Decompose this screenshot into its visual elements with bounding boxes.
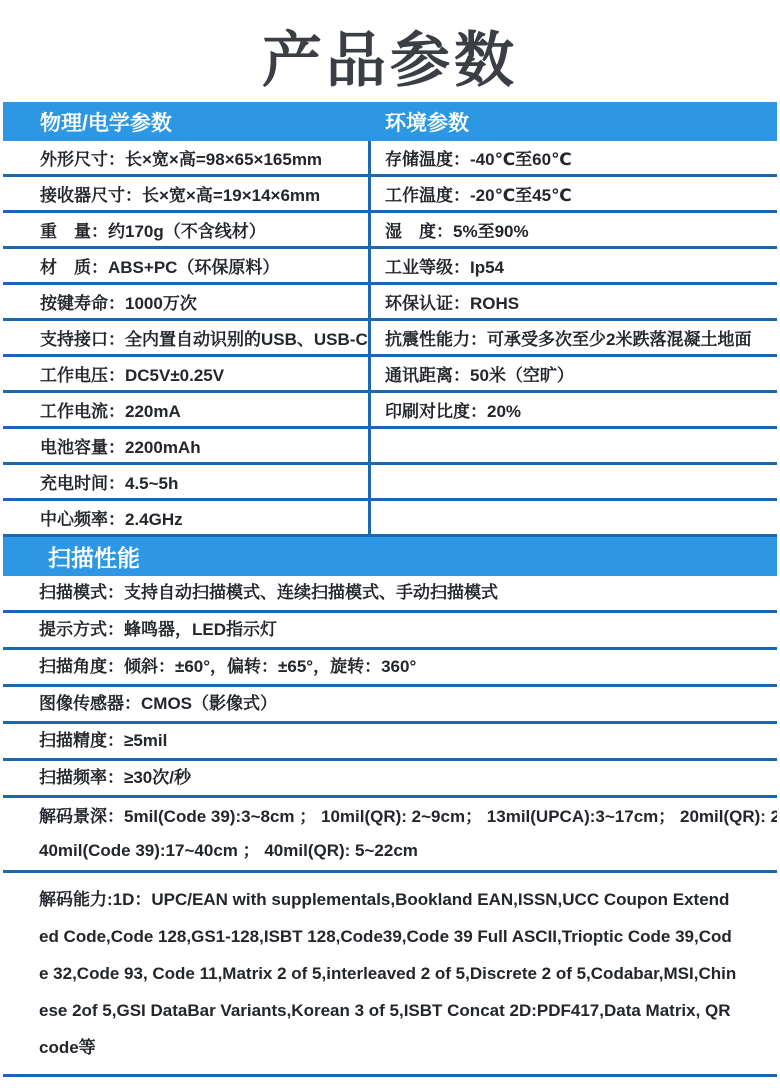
spec-cell-drop-resistance: 抗震性能力：可承受多次至少2米跌落混凝土地面 (371, 321, 777, 354)
spec-row-charge-time: 充电时间：4.5~5h (3, 465, 777, 501)
spec-cell-voltage: 工作电压：DC5V±0.25V (3, 357, 371, 390)
spec-row-dimensions: 外形尺寸：长×宽×高=98×65×165mm存储温度：-40℃至60℃ (3, 141, 777, 177)
scan-row-decode-capability: 解码能力:1D：UPC/EAN with supplementals,Bookl… (3, 873, 777, 1077)
spec-cell-weight: 重 量：约170g（不含线材） (3, 213, 371, 246)
env-params-header: 环境参数 (385, 107, 777, 137)
spec-sheet: 物理/电学参数 环境参数 外形尺寸：长×宽×高=98×65×165mm存储温度：… (3, 102, 777, 1077)
scan-row-line: 图像传感器：CMOS（影像式） (39, 687, 777, 721)
spec-cell-material: 材 质：ABS+PC（环保原料） (3, 249, 371, 282)
spec-cell-eco-cert: 环保认证：ROHS (371, 285, 777, 318)
spec-row-battery: 电池容量：2200mAh (3, 429, 777, 465)
scan-row-line: 扫描模式：支持自动扫描模式、连续扫描模式、手动扫描模式 (39, 576, 777, 610)
scan-row-scan-precision: 扫描精度：≥5mil (3, 724, 777, 761)
scan-row-decode-depth: 解码景深：5mil(Code 39):3~8cm ； 10mil(QR): 2~… (3, 798, 777, 873)
spec-cell-empty-2 (371, 465, 777, 498)
page-title: 产品参数 (0, 0, 780, 102)
spec-cell-battery: 电池容量：2200mAh (3, 429, 371, 462)
spec-row-weight: 重 量：约170g（不含线材）湿 度：5%至90% (3, 213, 777, 249)
scan-performance-header: 扫描性能 (3, 537, 777, 576)
spec-table-header: 物理/电学参数 环境参数 (3, 102, 777, 141)
spec-cell-interface: 支持接口：全内置自动识别的USB、USB-COM (3, 321, 371, 354)
spec-cell-dimensions: 外形尺寸：长×宽×高=98×65×165mm (3, 141, 371, 174)
physical-env-table: 物理/电学参数 环境参数 外形尺寸：长×宽×高=98×65×165mm存储温度：… (3, 102, 777, 537)
scan-row-line: 解码景深：5mil(Code 39):3~8cm ； 10mil(QR): 2~… (39, 800, 777, 834)
spec-cell-industrial-grade: 工业等级：Ip54 (371, 249, 777, 282)
spec-cell-storage-temp: 存储温度：-40℃至60℃ (371, 141, 777, 174)
scan-performance-rows: 扫描模式：支持自动扫描模式、连续扫描模式、手动扫描模式提示方式：蜂鸣器，LED指… (3, 576, 777, 1077)
scan-row-line: 扫描频率：≥30次/秒 (39, 761, 777, 795)
scan-row-line: 提示方式：蜂鸣器，LED指示灯 (39, 613, 777, 647)
spec-cell-current: 工作电流：220mA (3, 393, 371, 426)
spec-cell-key-life: 按键寿命：1000万次 (3, 285, 371, 318)
spec-cell-comm-distance: 通讯距离：50米（空旷） (371, 357, 777, 390)
scan-row-image-sensor: 图像传感器：CMOS（影像式） (3, 687, 777, 724)
spec-row-receiver-size: 接收器尺寸：长×宽×高=19×14×6mm工作温度：-20℃至45℃ (3, 177, 777, 213)
scan-row-scan-mode: 扫描模式：支持自动扫描模式、连续扫描模式、手动扫描模式 (3, 576, 777, 613)
spec-cell-frequency: 中心频率：2.4GHz (3, 501, 371, 534)
spec-cell-receiver-size: 接收器尺寸：长×宽×高=19×14×6mm (3, 177, 371, 210)
spec-cell-empty-3 (371, 501, 777, 534)
spec-cell-humidity: 湿 度：5%至90% (371, 213, 777, 246)
scan-row-scan-rate: 扫描频率：≥30次/秒 (3, 761, 777, 798)
spec-row-voltage: 工作电压：DC5V±0.25V通讯距离：50米（空旷） (3, 357, 777, 393)
scan-row-line: 扫描角度：倾斜：±60°，偏转：±65°，旋转：360° (39, 650, 777, 684)
spec-cell-print-contrast: 印刷对比度：20% (371, 393, 777, 426)
scan-row-scan-angle: 扫描角度：倾斜：±60°，偏转：±65°，旋转：360° (3, 650, 777, 687)
spec-cell-working-temp: 工作温度：-20℃至45℃ (371, 177, 777, 210)
physical-params-header: 物理/电学参数 (3, 107, 385, 137)
scan-row-prompt-mode: 提示方式：蜂鸣器，LED指示灯 (3, 613, 777, 650)
spec-row-key-life: 按键寿命：1000万次环保认证：ROHS (3, 285, 777, 321)
spec-row-frequency: 中心频率：2.4GHz (3, 501, 777, 537)
scan-row-line: 解码能力:1D：UPC/EAN with supplementals,Bookl… (39, 881, 737, 1066)
spec-row-current: 工作电流：220mA印刷对比度：20% (3, 393, 777, 429)
scan-row-line: 40mil(Code 39):17~40cm ； 40mil(QR): 5~22… (39, 834, 777, 868)
spec-row-material: 材 质：ABS+PC（环保原料）工业等级：Ip54 (3, 249, 777, 285)
spec-table-body: 外形尺寸：长×宽×高=98×65×165mm存储温度：-40℃至60℃接收器尺寸… (3, 141, 777, 537)
spec-row-interface: 支持接口：全内置自动识别的USB、USB-COM抗震性能力：可承受多次至少2米跌… (3, 321, 777, 357)
spec-cell-empty-1 (371, 429, 777, 462)
spec-cell-charge-time: 充电时间：4.5~5h (3, 465, 371, 498)
scan-row-line: 扫描精度：≥5mil (39, 724, 777, 758)
